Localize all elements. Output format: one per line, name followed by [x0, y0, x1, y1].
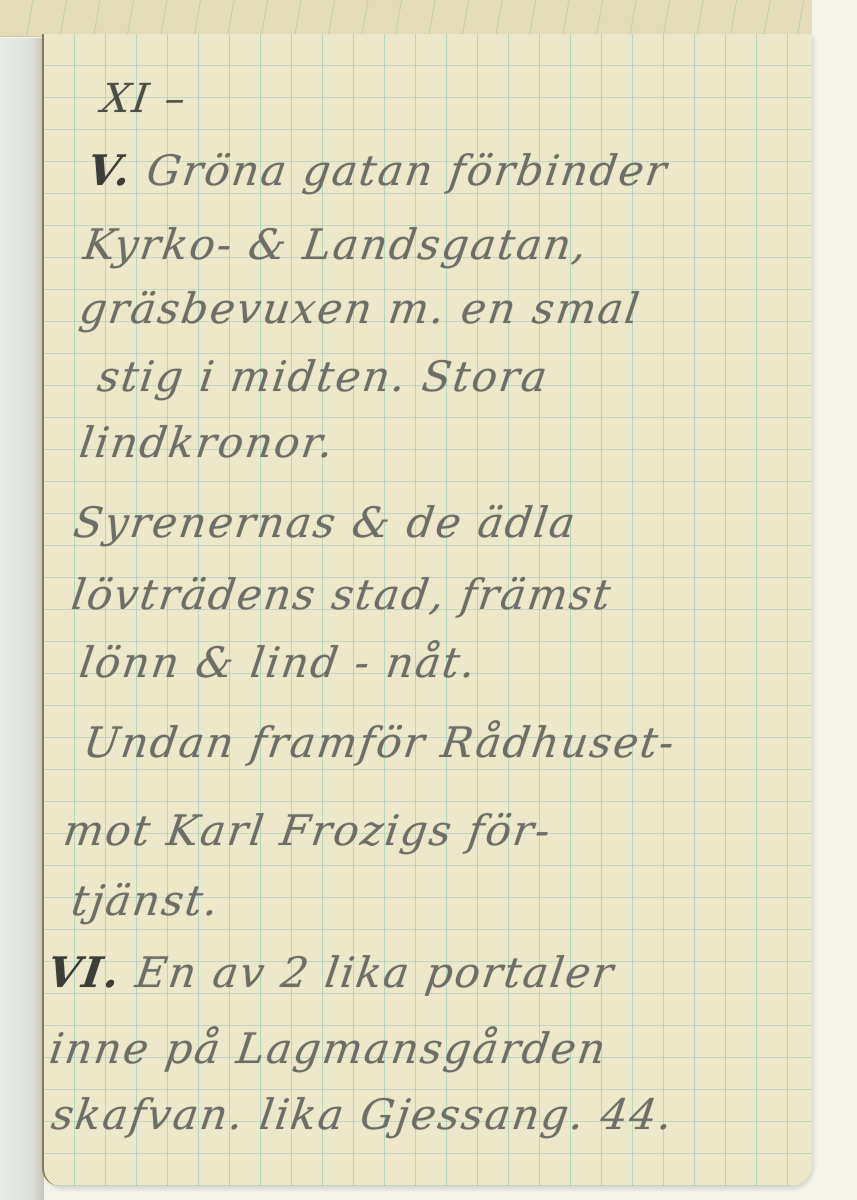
handwritten-line: inne på Lagmansgården — [47, 1024, 611, 1073]
handwritten-line: tjänst. — [69, 876, 224, 925]
line-text: Gröna gatan förbinder — [144, 146, 672, 195]
handwritten-line: Syrenernas & de ädla — [71, 498, 581, 547]
notebook-page: XI – V. Gröna gatan förbinder Kyrko- & L… — [42, 34, 812, 1186]
handwritten-line: VI. En av 2 lika portaler — [45, 948, 619, 997]
handwritten-line: Undan framför Rådhuset- — [81, 718, 680, 767]
handwritten-line: Kyrko- & Landsgatan, — [81, 220, 592, 269]
handwritten-line: lönn & lind - nåt. — [77, 638, 481, 687]
handwritten-line: skafvan. lika Gjessang. 44. — [49, 1090, 678, 1139]
section-heading: XI – — [99, 76, 190, 122]
section-marker: VI. — [45, 948, 125, 997]
handwritten-line: V. Gröna gatan förbinder — [85, 146, 672, 195]
handwritten-line: gräsbevuxen m. en smal — [77, 284, 645, 333]
handwritten-line: lindkronor. — [77, 418, 339, 467]
line-text: En av 2 lika portaler — [133, 948, 618, 997]
folded-top-page — [0, 0, 812, 37]
handwritten-line: lövträdens stad, främst — [69, 570, 616, 619]
handwritten-line: mot Karl Frozigs för- — [61, 806, 555, 855]
handwritten-line: stig i midten. Stora — [95, 352, 552, 401]
background-surface — [0, 38, 44, 1200]
section-marker: V. — [85, 146, 136, 195]
